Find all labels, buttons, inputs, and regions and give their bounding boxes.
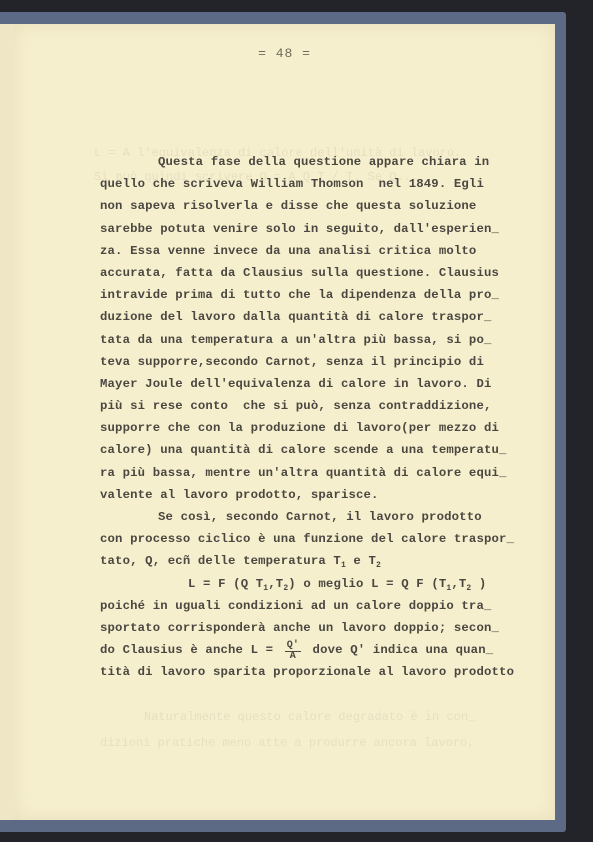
text-line: ra più bassa, mentre un'altra quantità d… (100, 462, 514, 484)
text-line: supporre che con la produzione di lavoro… (100, 417, 514, 439)
text-line: quello che scriveva William Thomson nel … (100, 173, 514, 195)
bleed-through-text: Naturalmente questo calore degradato è i… (144, 710, 475, 724)
text-line: non sapeva risolverla e disse che questa… (100, 195, 514, 217)
text-span: do Clausius è anche L = (100, 643, 281, 657)
formula-line: L = F (Q T1,T2) o meglio L = Q F (T1,T2 … (100, 573, 514, 595)
text-line: valente al lavoro prodotto, sparisce. (100, 484, 514, 506)
struck-text: cñ (175, 554, 190, 568)
text-line: tità di lavoro sparita proporzionale al … (100, 661, 514, 683)
text-line: calore) una quantità di calore scende a … (100, 439, 514, 461)
subscript: 2 (376, 561, 381, 570)
text-line: intravide prima di tutto che la dipenden… (100, 284, 514, 306)
formula-text: L = F (Q T (188, 577, 263, 591)
body-text: Questa fase della questione appare chiar… (100, 151, 514, 684)
page-number: = 48 = (14, 46, 555, 61)
text-line: tata da una temperatura a un'altra più b… (100, 329, 514, 351)
document-page: L = A l'equivalenza di calore dell'unità… (14, 24, 555, 820)
text-line: Se così, secondo Carnot, il lavoro prodo… (100, 506, 514, 528)
text-line: teva supporre,secondo Carnot, senza il p… (100, 351, 514, 373)
text-line: con processo ciclico è una funzione del … (100, 528, 514, 550)
fraction: Q'A (285, 641, 301, 662)
formula-text: ) (471, 577, 486, 591)
text-span: tato, Q, e (100, 554, 175, 568)
text-line: sportato corrisponderà anche un lavoro d… (100, 617, 514, 639)
text-line: Questa fase della questione appare chiar… (100, 151, 514, 173)
text-line: accurata, fatta da Clausius sulla questi… (100, 262, 514, 284)
formula-text: ,T (268, 577, 283, 591)
text-line: più si rese conto che si può, senza cont… (100, 395, 514, 417)
facing-page-edge (0, 24, 15, 820)
text-line: za. Essa venne invece da una analisi cri… (100, 240, 514, 262)
text-span: e T (346, 554, 376, 568)
temperature-line: tato, Q, ecñ delle temperatura T1 e T2 (100, 550, 514, 572)
text-line: poiché in uguali condizioni ad un calore… (100, 595, 514, 617)
formula-text: ) o meglio L = Q F (T (288, 577, 446, 591)
text-line: duzione del lavoro dalla quantità di cal… (100, 306, 514, 328)
text-line: sarebbe potuta venire solo in seguito, d… (100, 218, 514, 240)
text-line: Mayer Joule dell'equivalenza di calore i… (100, 373, 514, 395)
formula-text: ,T (451, 577, 466, 591)
fraction-denominator: A (285, 652, 301, 662)
text-span: dove Q' indica una quan_ (305, 643, 493, 657)
text-span: delle temperatura T (190, 554, 341, 568)
bleed-through-text: dizioni pratiche meno atte a produrre an… (100, 736, 474, 750)
fraction-line: do Clausius è anche L = Q'A dove Q' indi… (100, 639, 514, 661)
